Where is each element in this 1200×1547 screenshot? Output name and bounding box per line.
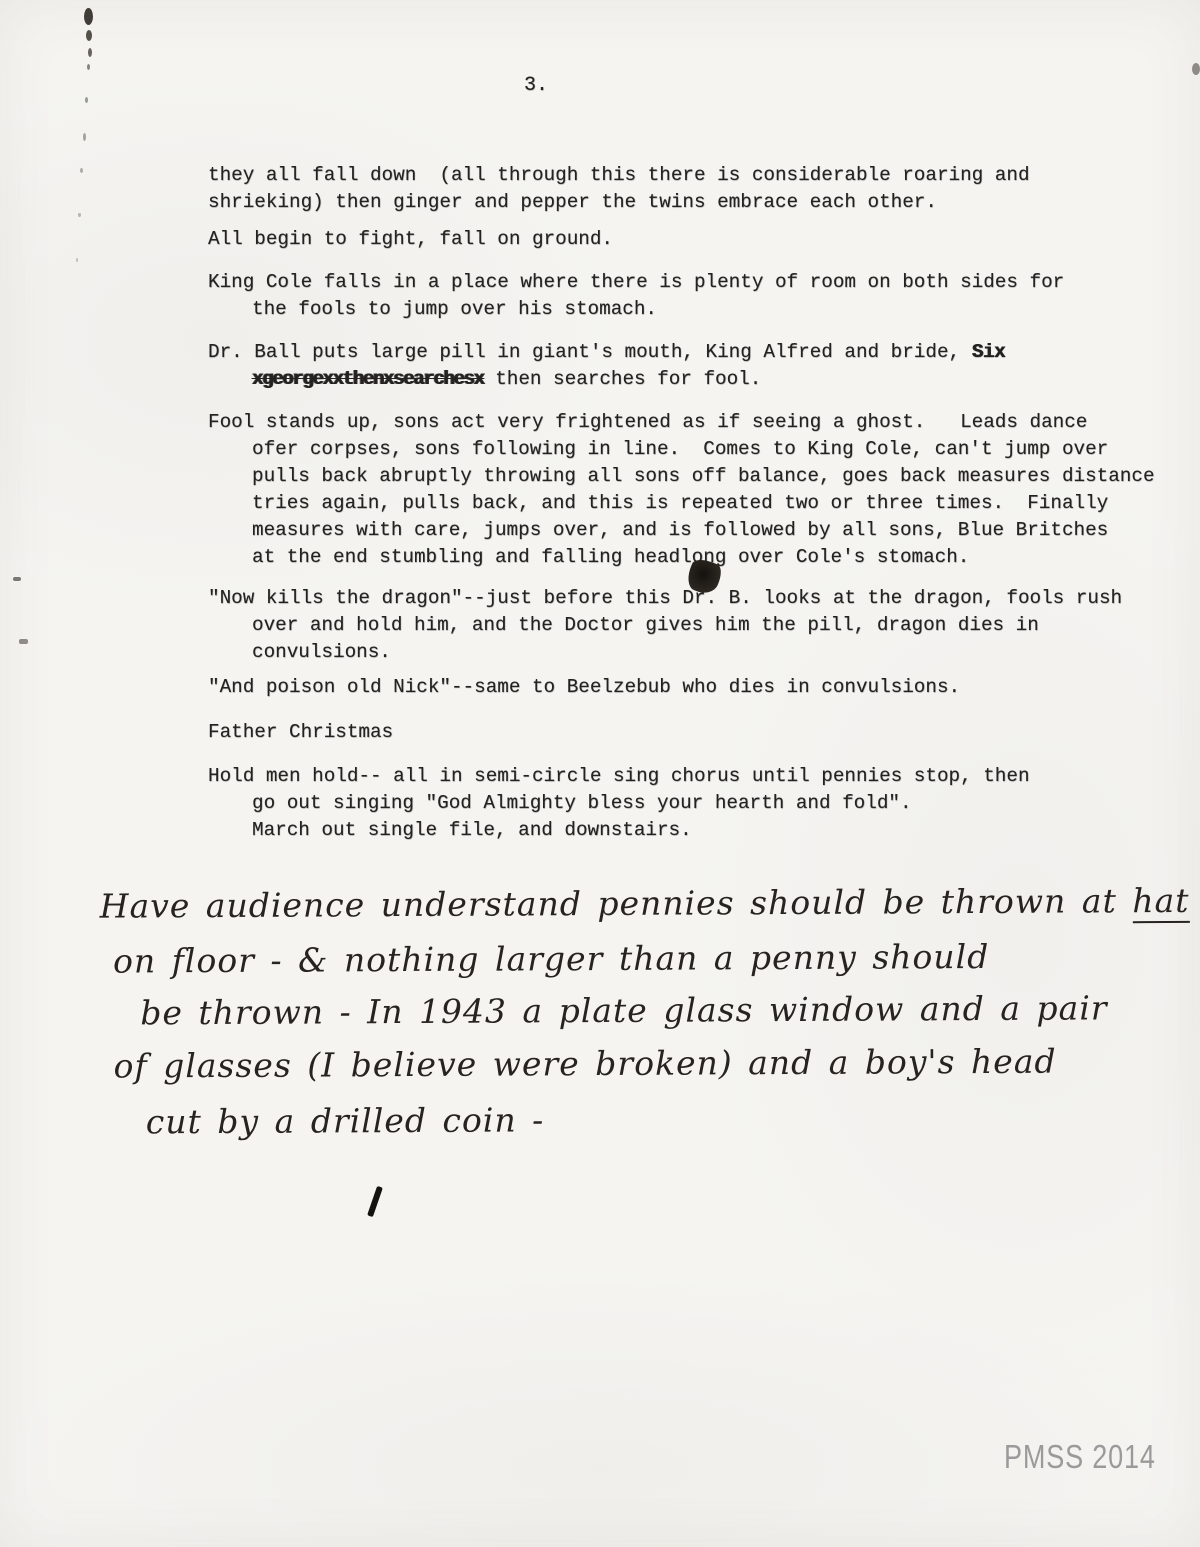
- paragraph-fool-stands-up: Fool stands up, sons act very frightened…: [208, 409, 1168, 571]
- handwritten-line: Have audience understand pennies should …: [100, 881, 1190, 926]
- handwritten-line: on floor - & nothing larger than a penny…: [113, 937, 989, 981]
- ink-speck: [83, 133, 86, 141]
- paragraph-fall-down: they all fall down (all through this the…: [208, 162, 1168, 216]
- paragraph-dr-ball-pill: Dr. Ball puts large pill in giant's mout…: [208, 339, 1168, 393]
- handwritten-line: be thrown - In 1943 a plate glass window…: [140, 988, 1108, 1032]
- paragraph-poison-old-nick: "And poison old Nick"--same to Beelzebub…: [208, 674, 1168, 701]
- paragraph-king-cole-falls: King Cole falls in a place where there i…: [208, 269, 1168, 323]
- ink-speck: [80, 168, 83, 173]
- handwritten-line: of glasses (I believe were broken) and a…: [113, 1042, 1056, 1086]
- handwritten-text: Have audience understand pennies should …: [100, 881, 1133, 925]
- handwritten-annotation-block: Have audience understand pennies should …: [0, 0, 1200, 3]
- page-number: 3.: [524, 74, 548, 97]
- ink-speck: [1192, 63, 1200, 75]
- paragraph-begin-fight: All begin to fight, fall on ground.: [208, 226, 1168, 253]
- paragraph-hold-men-hold: Hold men hold-- all in semi-circle sing …: [208, 763, 1168, 844]
- typed-text-block: they all fall down (all through this the…: [208, 162, 1168, 844]
- ink-speck: [78, 213, 81, 217]
- ink-speck: [85, 97, 88, 103]
- ink-speck: [86, 30, 92, 41]
- paragraph-text: Dr. Ball puts large pill in giant's mout…: [208, 341, 972, 363]
- ink-speck: [84, 8, 93, 25]
- paragraph-father-christmas: Father Christmas: [208, 719, 1168, 746]
- paragraph-kill-dragon: "Now kills the dragon"--just before this…: [208, 585, 1168, 666]
- ink-speck: [88, 48, 92, 57]
- stray-pen-slash-mark: [367, 1186, 383, 1217]
- paragraph-text: then searches for fool.: [484, 368, 762, 390]
- ink-speck: [13, 577, 21, 581]
- archive-watermark: PMSS 2014: [1004, 1438, 1156, 1476]
- overstruck-word: Six: [972, 341, 1005, 363]
- underlined-word: hat: [1132, 881, 1189, 923]
- handwritten-line: cut by a drilled coin -: [146, 1100, 545, 1141]
- ink-speck: [19, 639, 28, 644]
- ink-speck: [76, 258, 78, 262]
- scanned-document-page: 3. they all fall down (all through this …: [0, 0, 1200, 1547]
- ink-speck: [87, 64, 90, 70]
- typed-over-strikeout: xgeorgexxthenxsearchesx: [252, 368, 484, 390]
